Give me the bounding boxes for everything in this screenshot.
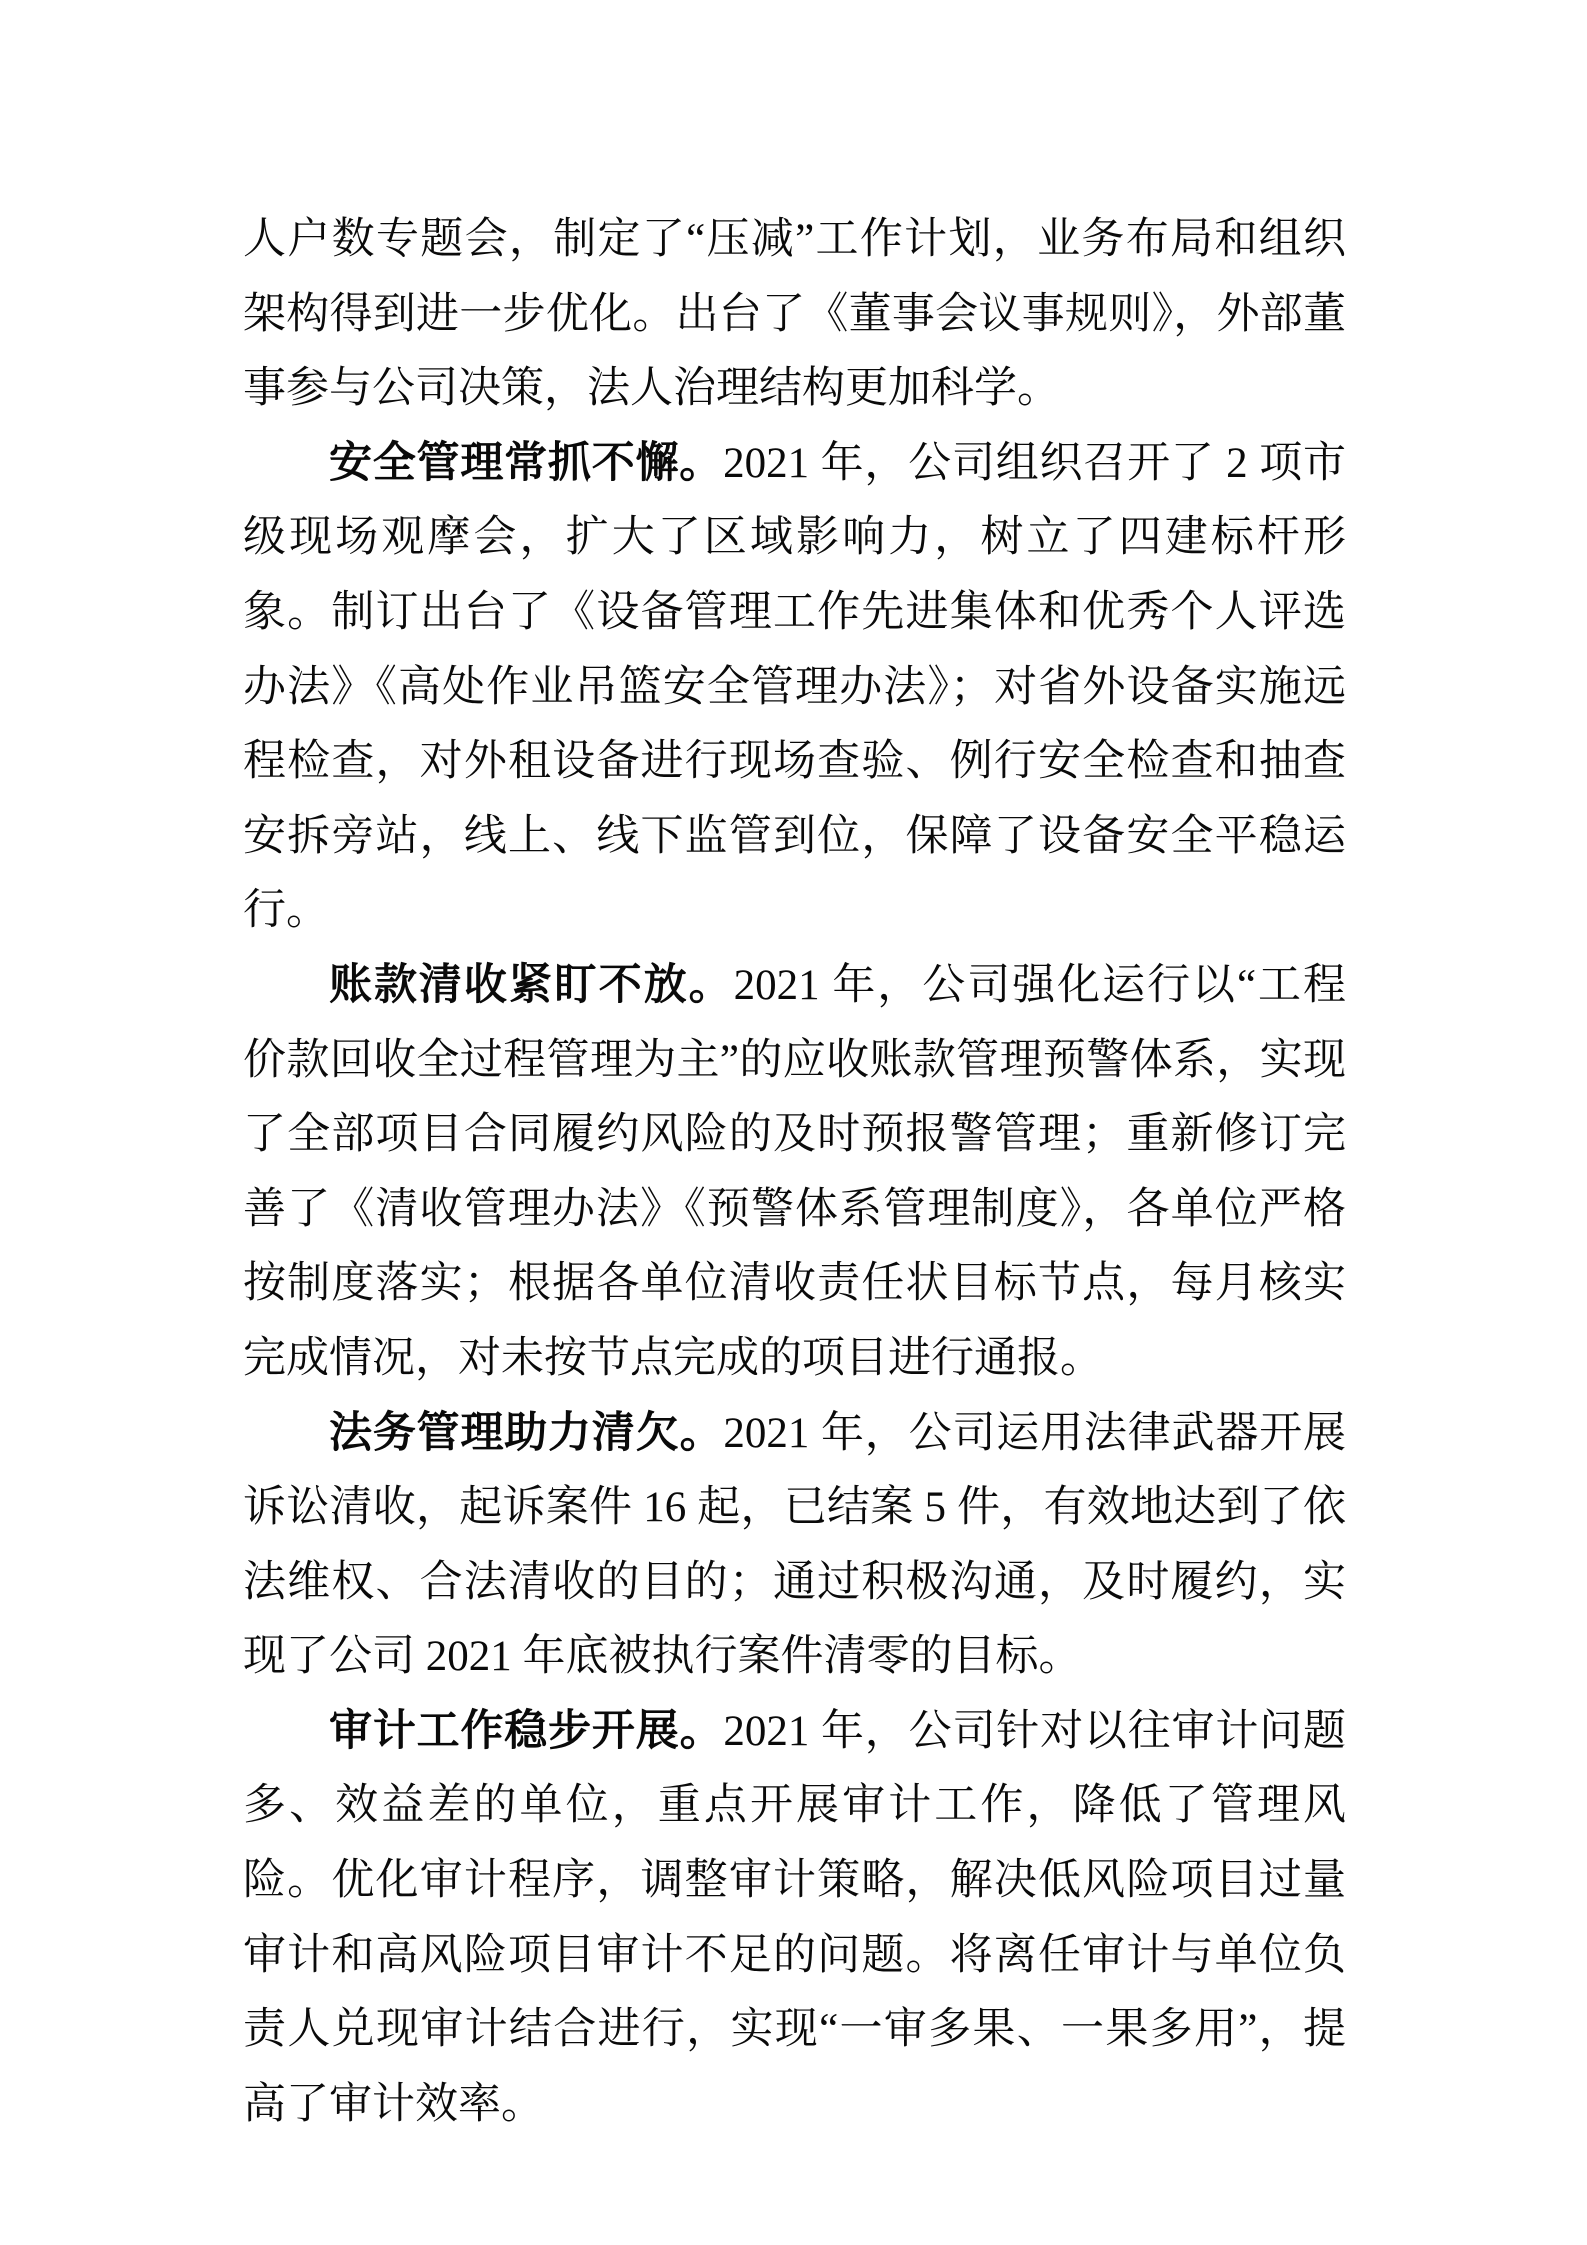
document-text-column: 人户数专题会，制定了“压减”工作计划，业务布局和组织架构得到进一步优化。出台了《… — [243, 203, 1346, 2142]
section-heading: 审计工作稳步开展。 — [329, 1708, 723, 1755]
section-body: 2021 年，公司强化运行以“工程价款回收全过程管理为主”的应收账款管理预警体系… — [243, 962, 1346, 1382]
section-body: 人户数专题会，制定了“压减”工作计划，业务布局和组织架构得到进一步优化。出台了《… — [243, 216, 1346, 412]
section-heading: 账款清收紧盯不放。 — [329, 962, 734, 1009]
paragraph-intro-continuation: 人户数专题会，制定了“压减”工作计划，业务布局和组织架构得到进一步优化。出台了《… — [243, 203, 1346, 427]
document-page: 人户数专题会，制定了“压减”工作计划，业务布局和组织架构得到进一步优化。出台了《… — [0, 0, 1587, 2245]
paragraph-audit-work: 审计工作稳步开展。2021 年，公司针对以往审计问题多、效益差的单位，重点开展审… — [243, 1695, 1346, 2143]
section-body: 2021 年，公司针对以往审计问题多、效益差的单位，重点开展审计工作，降低了管理… — [243, 1708, 1346, 2128]
paragraph-safety-management: 安全管理常抓不懈。2021 年，公司组织召开了 2 项市级现场观摩会，扩大了区域… — [243, 427, 1346, 949]
section-heading: 安全管理常抓不懈。 — [329, 440, 723, 487]
section-body: 2021 年，公司组织召开了 2 项市级现场观摩会，扩大了区域影响力，树立了四建… — [243, 440, 1346, 935]
section-heading: 法务管理助力清欠。 — [329, 1410, 723, 1457]
paragraph-legal-affairs: 法务管理助力清欠。2021 年，公司运用法律武器开展诉讼清收，起诉案件 16 起… — [243, 1397, 1346, 1695]
paragraph-receivables-collection: 账款清收紧盯不放。2021 年，公司强化运行以“工程价款回收全过程管理为主”的应… — [243, 949, 1346, 1397]
